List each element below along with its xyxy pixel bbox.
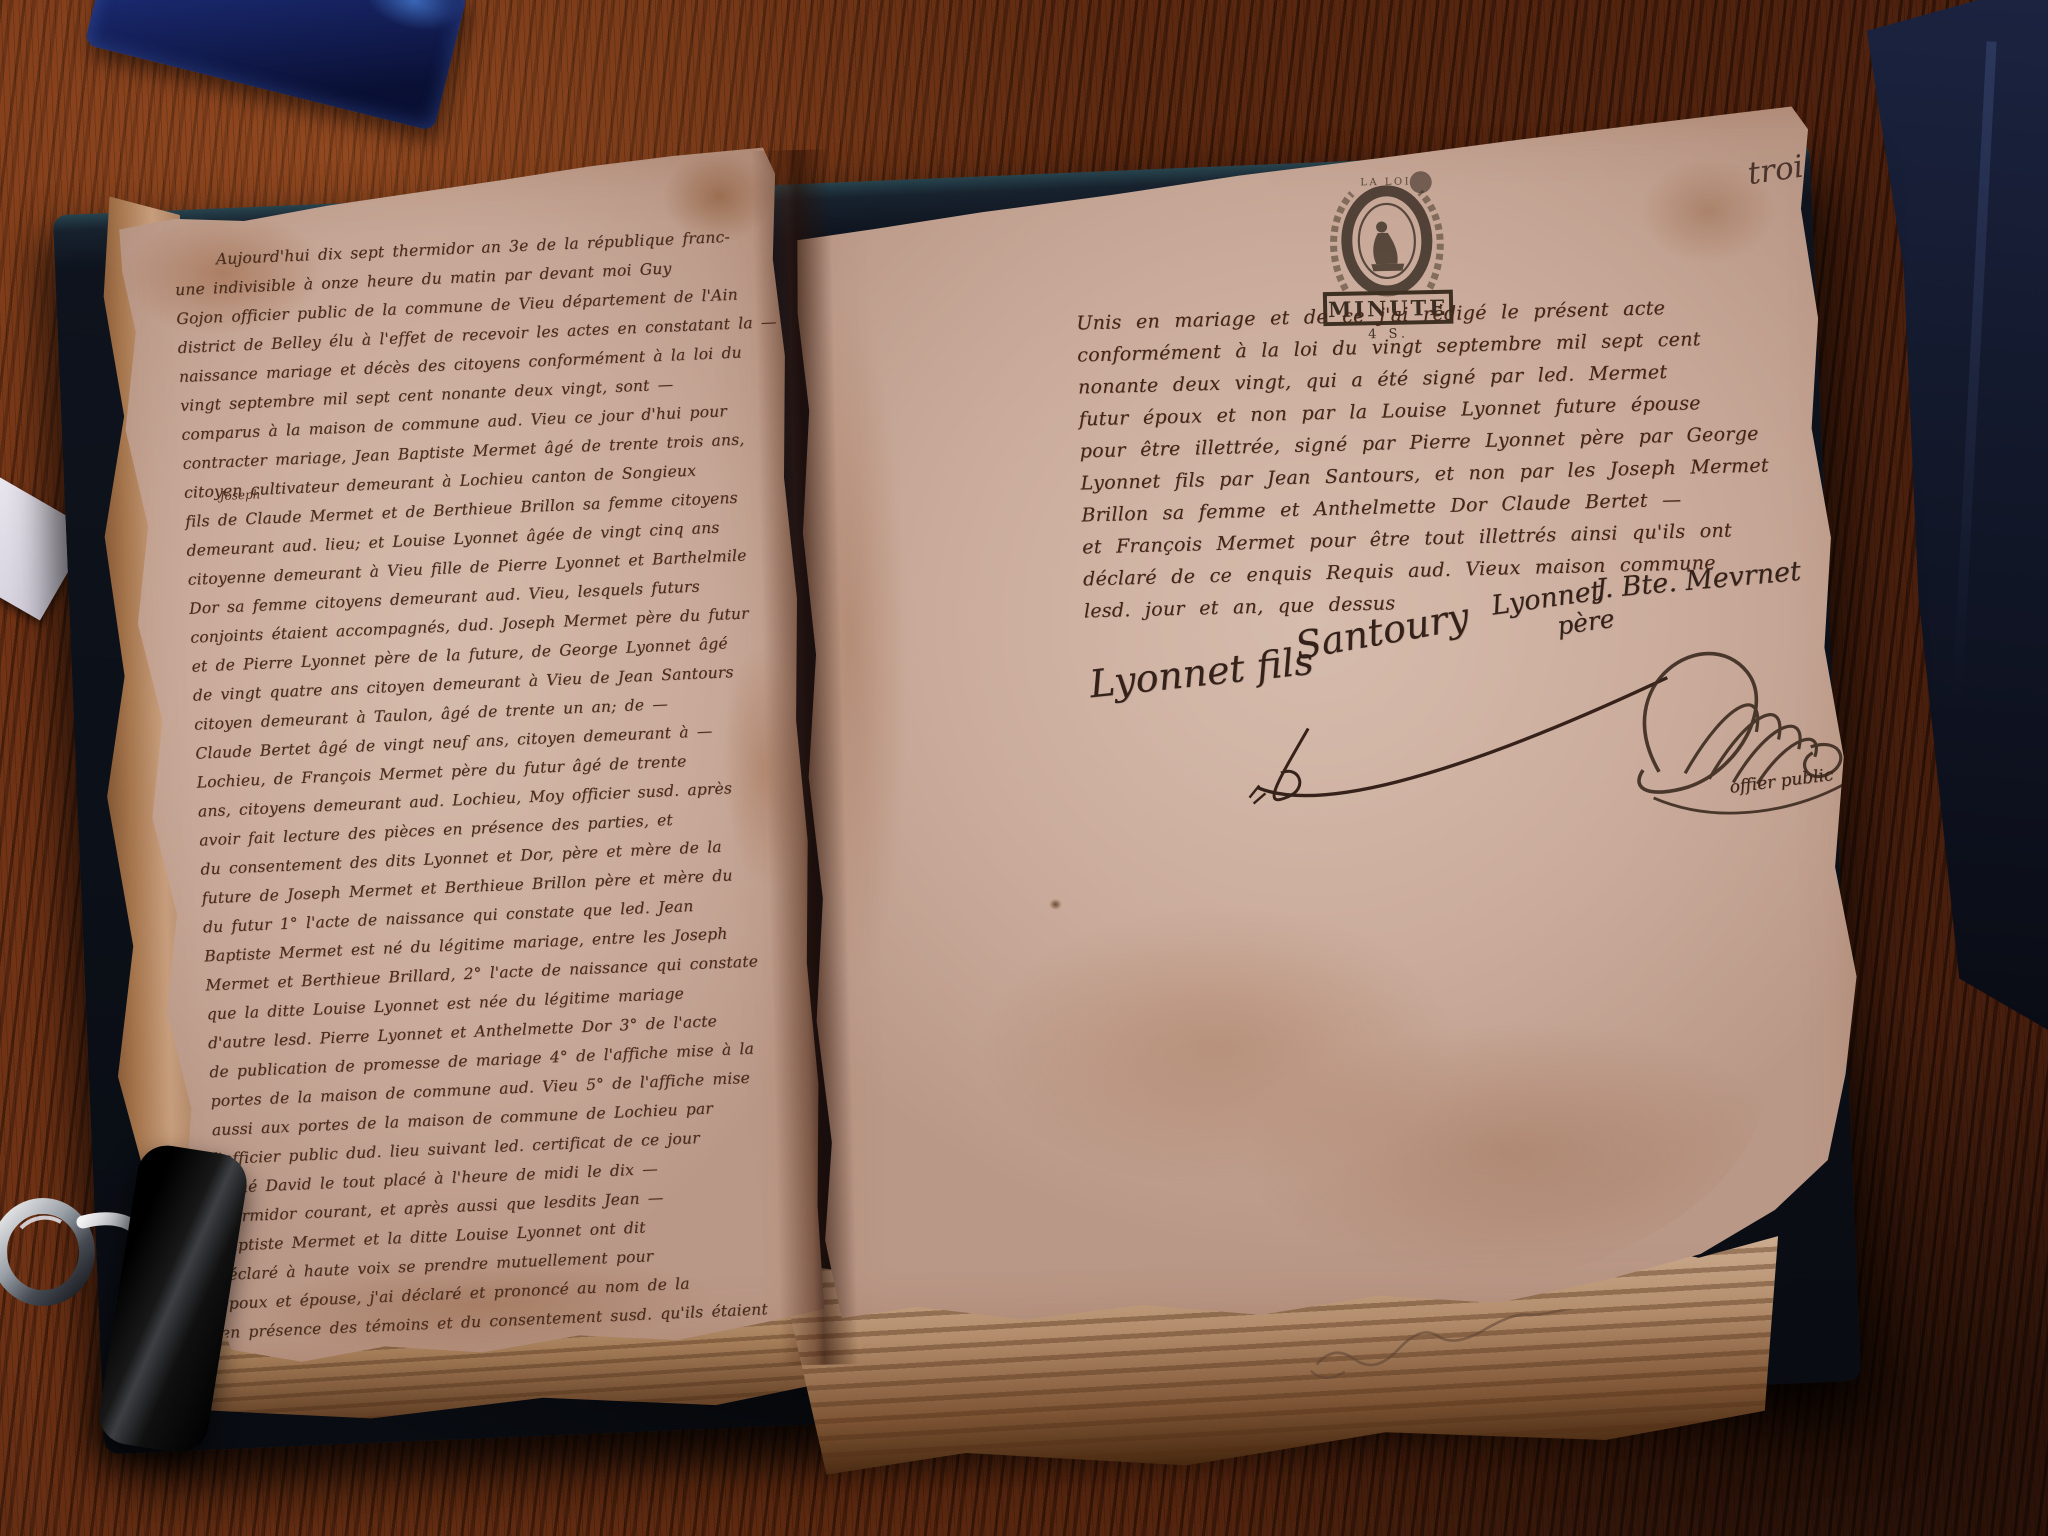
insertion-note: Joseph xyxy=(220,487,261,503)
photo-of-open-register: Aujourd'hui dix sept thermidor an 3e de … xyxy=(0,0,2048,1536)
ink-spot xyxy=(1047,897,1063,911)
right-page: LA LOI MINUTE 4 S. trois Unis en mariage… xyxy=(786,98,1884,1338)
manuscript-text-left: Aujourd'hui dix sept thermidor an 3e de … xyxy=(173,221,817,1348)
stamp-figure-icon xyxy=(1370,221,1404,271)
stain xyxy=(921,860,1769,1316)
ghost-writing-icon xyxy=(1301,1303,1723,1389)
